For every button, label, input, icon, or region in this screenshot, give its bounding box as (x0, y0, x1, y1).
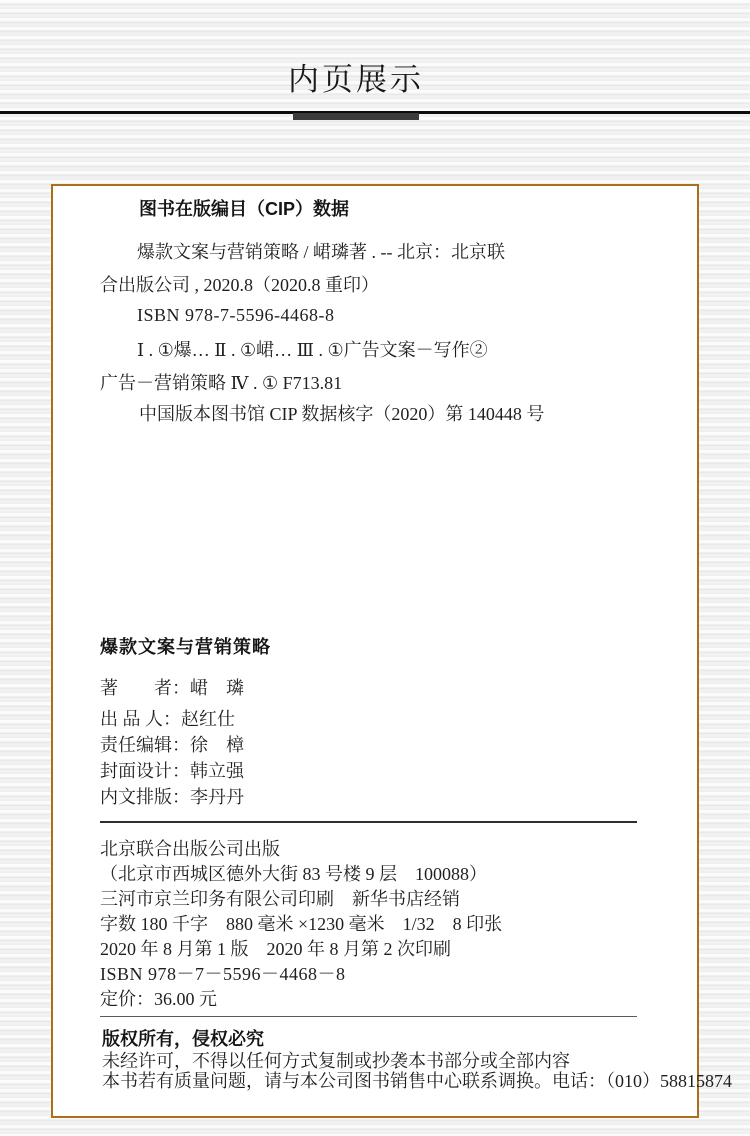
copyright-notice-heading: 版权所有，侵权必究 (102, 1028, 264, 1050)
publisher-line: 北京联合出版公司出版 (100, 838, 280, 860)
credit-row-editor: 责任编辑：徐 樟 (100, 734, 244, 756)
cip-description-line2: 合出版公司 , 2020.8（2020.8 重印） (100, 274, 379, 296)
header-accent-bar (293, 113, 419, 120)
price-line: 定价：36.00 元 (100, 988, 217, 1010)
publisher-address-line: （北京市西城区德外大街 83 号楼 9 层 100088） (100, 863, 487, 885)
format-line: 字数 180 千字 880 毫米 ×1230 毫米 1/32 8 印张 (100, 913, 502, 935)
cip-heading: 图书在版编目（CIP）数据 (139, 198, 349, 220)
divider-line-top (100, 821, 637, 823)
copyright-notice-line2: 本书若有质量问题，请与本公司图书销售中心联系调换。电话：（010）5881587… (102, 1070, 732, 1092)
cip-isbn: ISBN 978-7-5596-4468-8 (137, 304, 335, 326)
credit-row-cover-design: 封面设计：韩立强 (100, 760, 244, 782)
section-title: 内页展示 (0, 54, 712, 99)
cip-description-line1: 爆款文案与营销策略 / 峮璘著 . -- 北京：北京联 (137, 241, 505, 263)
copyright-page-panel: 图书在版编目（CIP）数据 爆款文案与营销策略 / 峮璘著 . -- 北京：北京… (51, 184, 699, 1118)
copyright-notice-line1: 未经许可，不得以任何方式复制或抄袭本书部分或全部内容 (102, 1050, 570, 1072)
credit-row-layout: 内文排版：李丹丹 (100, 786, 244, 808)
edition-line: 2020 年 8 月第 1 版 2020 年 8 月第 2 次印刷 (100, 938, 451, 960)
divider-line-bottom (100, 1016, 637, 1017)
credit-row-producer: 出 品 人：赵红仕 (100, 708, 235, 730)
cip-record-number: 中国版本图书馆 CIP 数据核字（2020）第 140448 号 (139, 403, 544, 425)
credit-row-author: 著 者：峮 璘 (100, 677, 244, 699)
cip-classification-line2: 广告－营销策略 Ⅳ . ① F713.81 (100, 372, 342, 394)
printer-distributor-line: 三河市京兰印务有限公司印刷 新华书店经销 (100, 888, 460, 910)
book-title: 爆款文案与营销策略 (100, 636, 271, 658)
cip-classification-line1: Ⅰ . ①爆… Ⅱ . ①峮… Ⅲ . ①广告文案－写作② (137, 339, 488, 361)
isbn-line: ISBN 978－7－5596－4468－8 (100, 963, 346, 985)
